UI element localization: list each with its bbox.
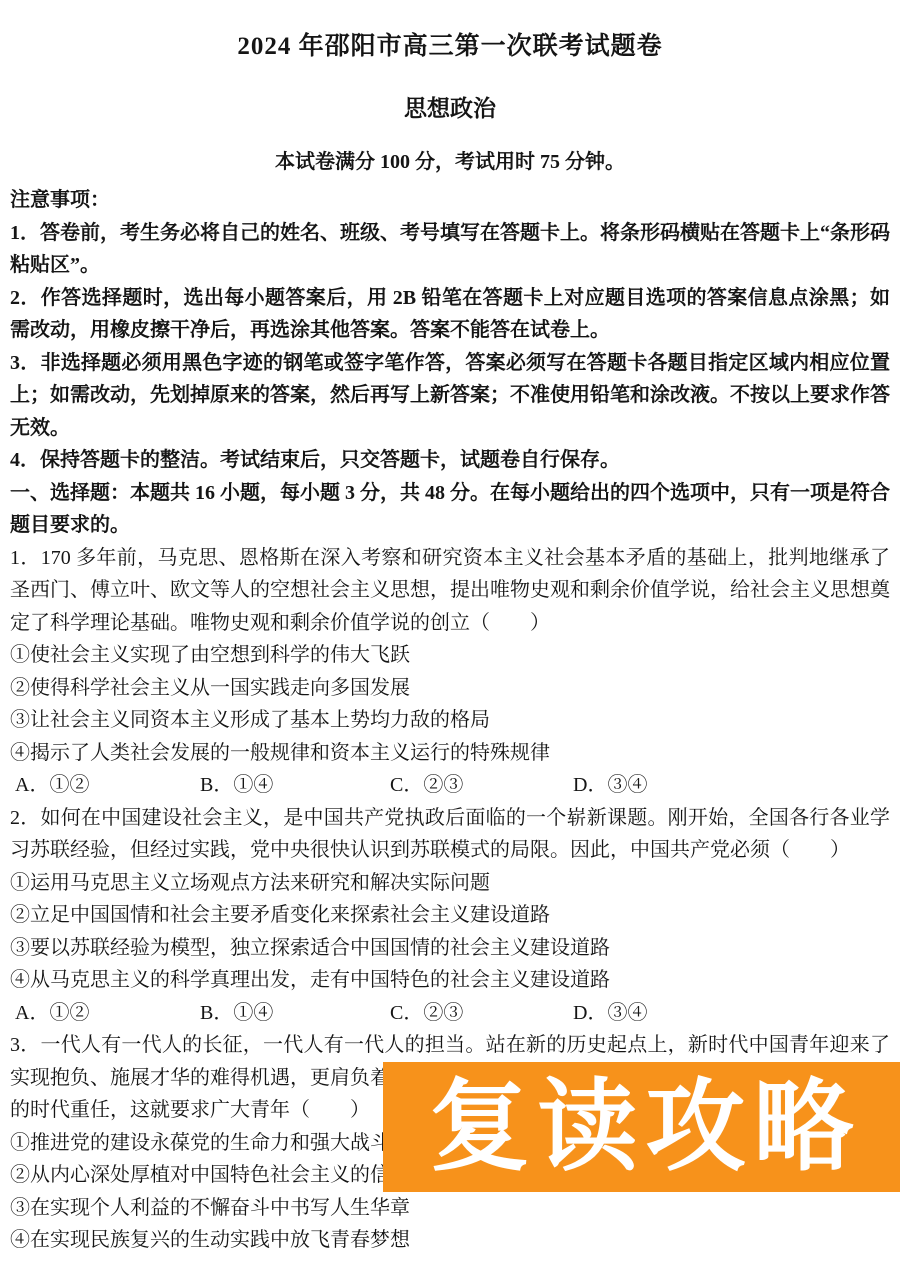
question-3-choice-4: ④在实现民族复兴的生动实践中放飞青春梦想: [10, 1224, 890, 1257]
exam-paper-page: 2024 年邵阳市高三第一次联考试题卷 思想政治 本试卷满分 100 分，考试用…: [0, 0, 900, 1278]
question-2-choice-4: ④从马克思主义的科学真理出发，走有中国特色的社会主义建设道路: [10, 964, 890, 997]
promo-banner-text: 复读攻略: [422, 1077, 862, 1177]
exam-info: 本试卷满分 100 分，考试用时 75 分钟。: [0, 145, 900, 174]
paper-header: 2024 年邵阳市高三第一次联考试题卷 思想政治 本试卷满分 100 分，考试用…: [0, 26, 900, 174]
question-2-choice-3: ③要以苏联经验为模型，独立探索适合中国国情的社会主义建设道路: [10, 932, 890, 965]
question-2-stem: 2．如何在中国建设社会主义，是中国共产党执政后面临的一个崭新课题。刚开始，全国各…: [10, 802, 890, 867]
page-title: 2024 年邵阳市高三第一次联考试题卷: [0, 26, 900, 62]
question-2-option-c: C．②③: [390, 997, 573, 1030]
question-1-option-b: B．①④: [200, 769, 390, 802]
question-1-option-c: C．②③: [390, 769, 573, 802]
question-2-options-row: A．①② B．①④ C．②③ D．③④: [15, 997, 890, 1030]
notice-item-1: 1．答卷前，考生务必将自己的姓名、班级、考号填写在答题卡上。将条形码横贴在答题卡…: [10, 217, 890, 282]
question-1-option-a: A．①②: [15, 769, 200, 802]
question-1-choice-2: ②使得科学社会主义从一国实践走向多国发展: [10, 672, 890, 705]
question-2-choice-2: ②立足中国国情和社会主要矛盾变化来探索社会主义建设道路: [10, 899, 890, 932]
section-heading: 一、选择题：本题共 16 小题，每小题 3 分，共 48 分。在每小题给出的四个…: [10, 477, 890, 542]
question-2-choice-1: ①运用马克思主义立场观点方法来研究和解决实际问题: [10, 867, 890, 900]
question-2-option-d: D．③④: [573, 997, 890, 1030]
question-1-stem: 1．170 多年前，马克思、恩格斯在深入考察和研究资本主义社会基本矛盾的基础上，…: [10, 542, 890, 640]
notice-item-3: 3．非选择题必须用黑色字迹的钢笔或签字笔作答，答案必须写在答题卡各题目指定区域内…: [10, 347, 890, 445]
subject-title: 思想政治: [0, 90, 900, 123]
question-1-options-row: A．①② B．①④ C．②③ D．③④: [15, 769, 890, 802]
notice-item-2: 2．作答选择题时，选出每小题答案后，用 2B 铅笔在答题卡上对应题目选项的答案信…: [10, 282, 890, 347]
question-2-option-a: A．①②: [15, 997, 200, 1030]
question-2-option-b: B．①④: [200, 997, 390, 1030]
question-1-option-d: D．③④: [573, 769, 890, 802]
notice-heading: 注意事项：: [10, 184, 890, 217]
question-1-choice-1: ①使社会主义实现了由空想到科学的伟大飞跃: [10, 639, 890, 672]
notice-item-4: 4．保持答题卡的整洁。考试结束后，只交答题卡，试题卷自行保存。: [10, 444, 890, 477]
question-3-choice-3: ③在实现个人利益的不懈奋斗中书写人生华章: [10, 1192, 890, 1225]
promo-banner: 复读攻略: [383, 1062, 900, 1192]
question-1-choice-3: ③让社会主义同资本主义形成了基本上势均力敌的格局: [10, 704, 890, 737]
question-1-choice-4: ④揭示了人类社会发展的一般规律和资本主义运行的特殊规律: [10, 737, 890, 770]
